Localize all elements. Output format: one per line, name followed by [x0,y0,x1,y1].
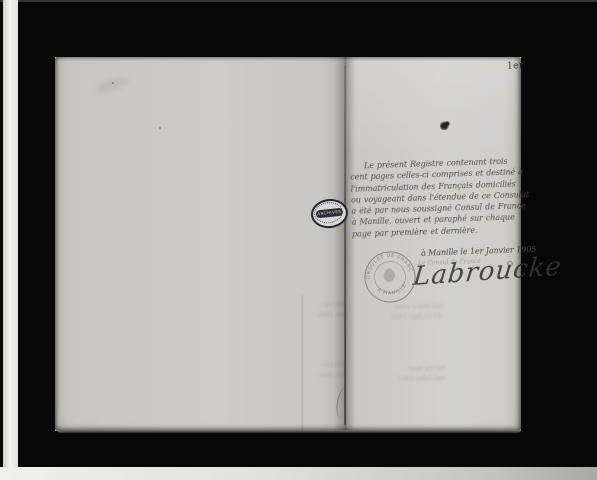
gutter-fold-line [344,65,346,425]
microfilm-scan: Awl fw mw 1905 tod ami e orbe (td ro (hd… [0,0,597,480]
consulate-round-stamp: CONSULAT DE FRANCE A MANILLE [357,245,423,308]
attestation-paragraph: Le présent Registre contenant trois cent… [350,155,524,239]
register-book-spread: Awl fw mw 1905 tod ami e orbe (td ro (hd… [55,57,521,431]
scanner-edge-strip-left [3,0,18,480]
ink-speck [112,82,114,84]
page-block-bottom-edge [57,430,521,433]
ink-blot [440,121,450,130]
page-smudge [94,74,130,96]
stamp-bottom-text: A MANILLE [375,282,409,300]
svg-text:A MANILLE: A MANILLE [375,282,409,300]
stamp-emblem [382,267,396,283]
folio-number: 1er [507,60,547,71]
scanner-edge-strip-bottom [0,467,597,480]
archive-oval-stamp: ARCHIVES [310,197,351,231]
showthrough-text: bsl eg med md (ldw) 1897 [351,364,445,385]
scanner-top-edge [0,0,597,2]
ink-speck [159,127,161,129]
